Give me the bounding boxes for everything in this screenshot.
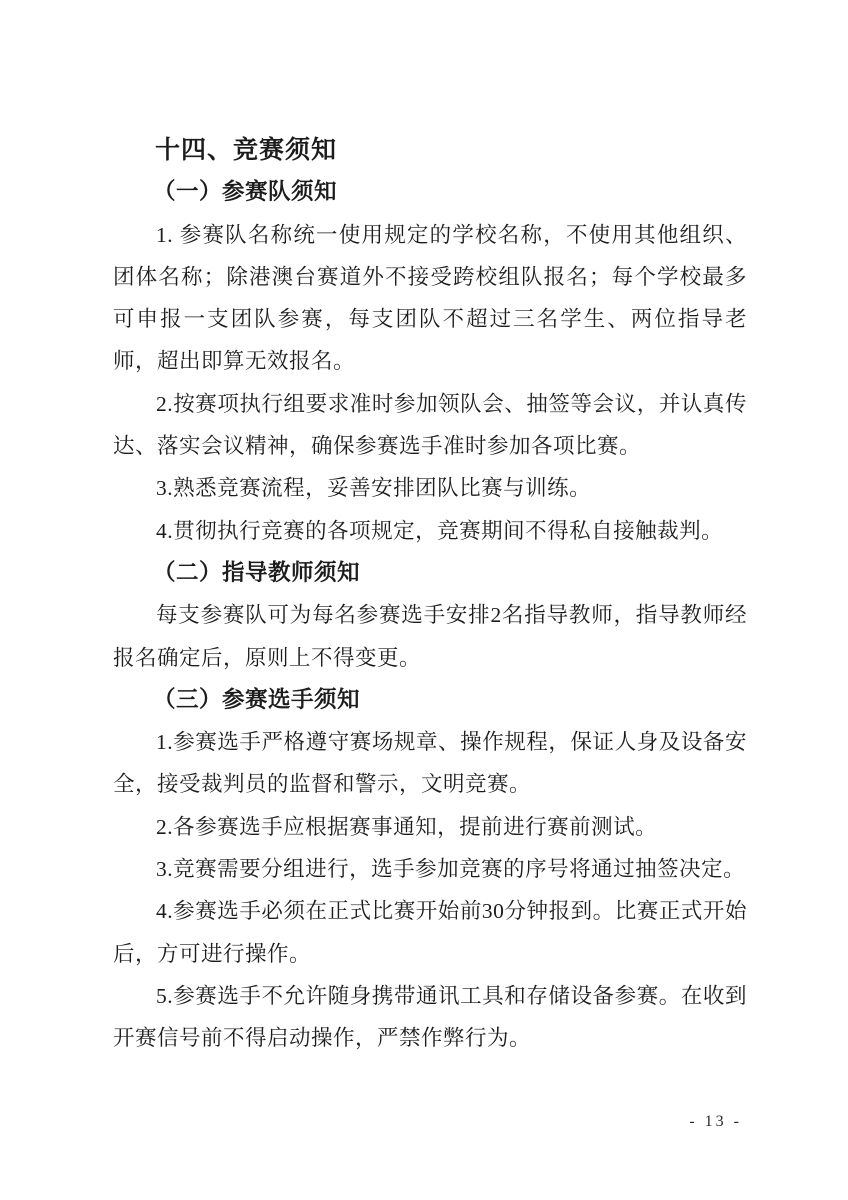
paragraph: 4.参赛选手必须在正式比赛开始前30分钟报到。比赛正式开始后，方可进行操作。: [113, 890, 747, 975]
subsection-title-contestant-notice: （三）参赛选手须知: [113, 679, 747, 721]
paragraph: 2.各参赛选手应根据赛事通知，提前进行赛前测试。: [113, 806, 747, 848]
paragraph: 5.参赛选手不允许随身携带通讯工具和存储设备参赛。在收到开赛信号前不得启动操作，…: [113, 975, 747, 1060]
page-number: - 13 -: [689, 1110, 742, 1134]
paragraph: 3.竞赛需要分组进行，选手参加竞赛的序号将通过抽签决定。: [113, 848, 747, 890]
paragraph: 4.贯彻执行竞赛的各项规定，竞赛期间不得私自接触裁判。: [113, 510, 747, 552]
subsection-title-team-notice: （一）参赛队须知: [113, 171, 747, 213]
document-page: 十四、竞赛须知 （一）参赛队须知 1. 参赛队名称统一使用规定的学校名称，不使用…: [0, 0, 848, 1200]
paragraph: 1. 参赛队名称统一使用规定的学校名称，不使用其他组织、团体名称；除港澳台赛道外…: [113, 214, 747, 383]
chapter-heading: 十四、竞赛须知: [113, 129, 747, 171]
subsection-title-teacher-notice: （二）指导教师须知: [113, 552, 747, 594]
paragraph: 1.参赛选手严格遵守赛场规章、操作规程，保证人身及设备安全，接受裁判员的监督和警…: [113, 721, 747, 806]
paragraph: 3.熟悉竞赛流程，妥善安排团队比赛与训练。: [113, 467, 747, 509]
paragraph: 2.按赛项执行组要求准时参加领队会、抽签等会议，并认真传达、落实会议精神，确保参…: [113, 383, 747, 468]
paragraph: 每支参赛队可为每名参赛选手安排2名指导教师，指导教师经报名确定后，原则上不得变更…: [113, 594, 747, 679]
document-content: 十四、竞赛须知 （一）参赛队须知 1. 参赛队名称统一使用规定的学校名称，不使用…: [113, 129, 747, 1060]
